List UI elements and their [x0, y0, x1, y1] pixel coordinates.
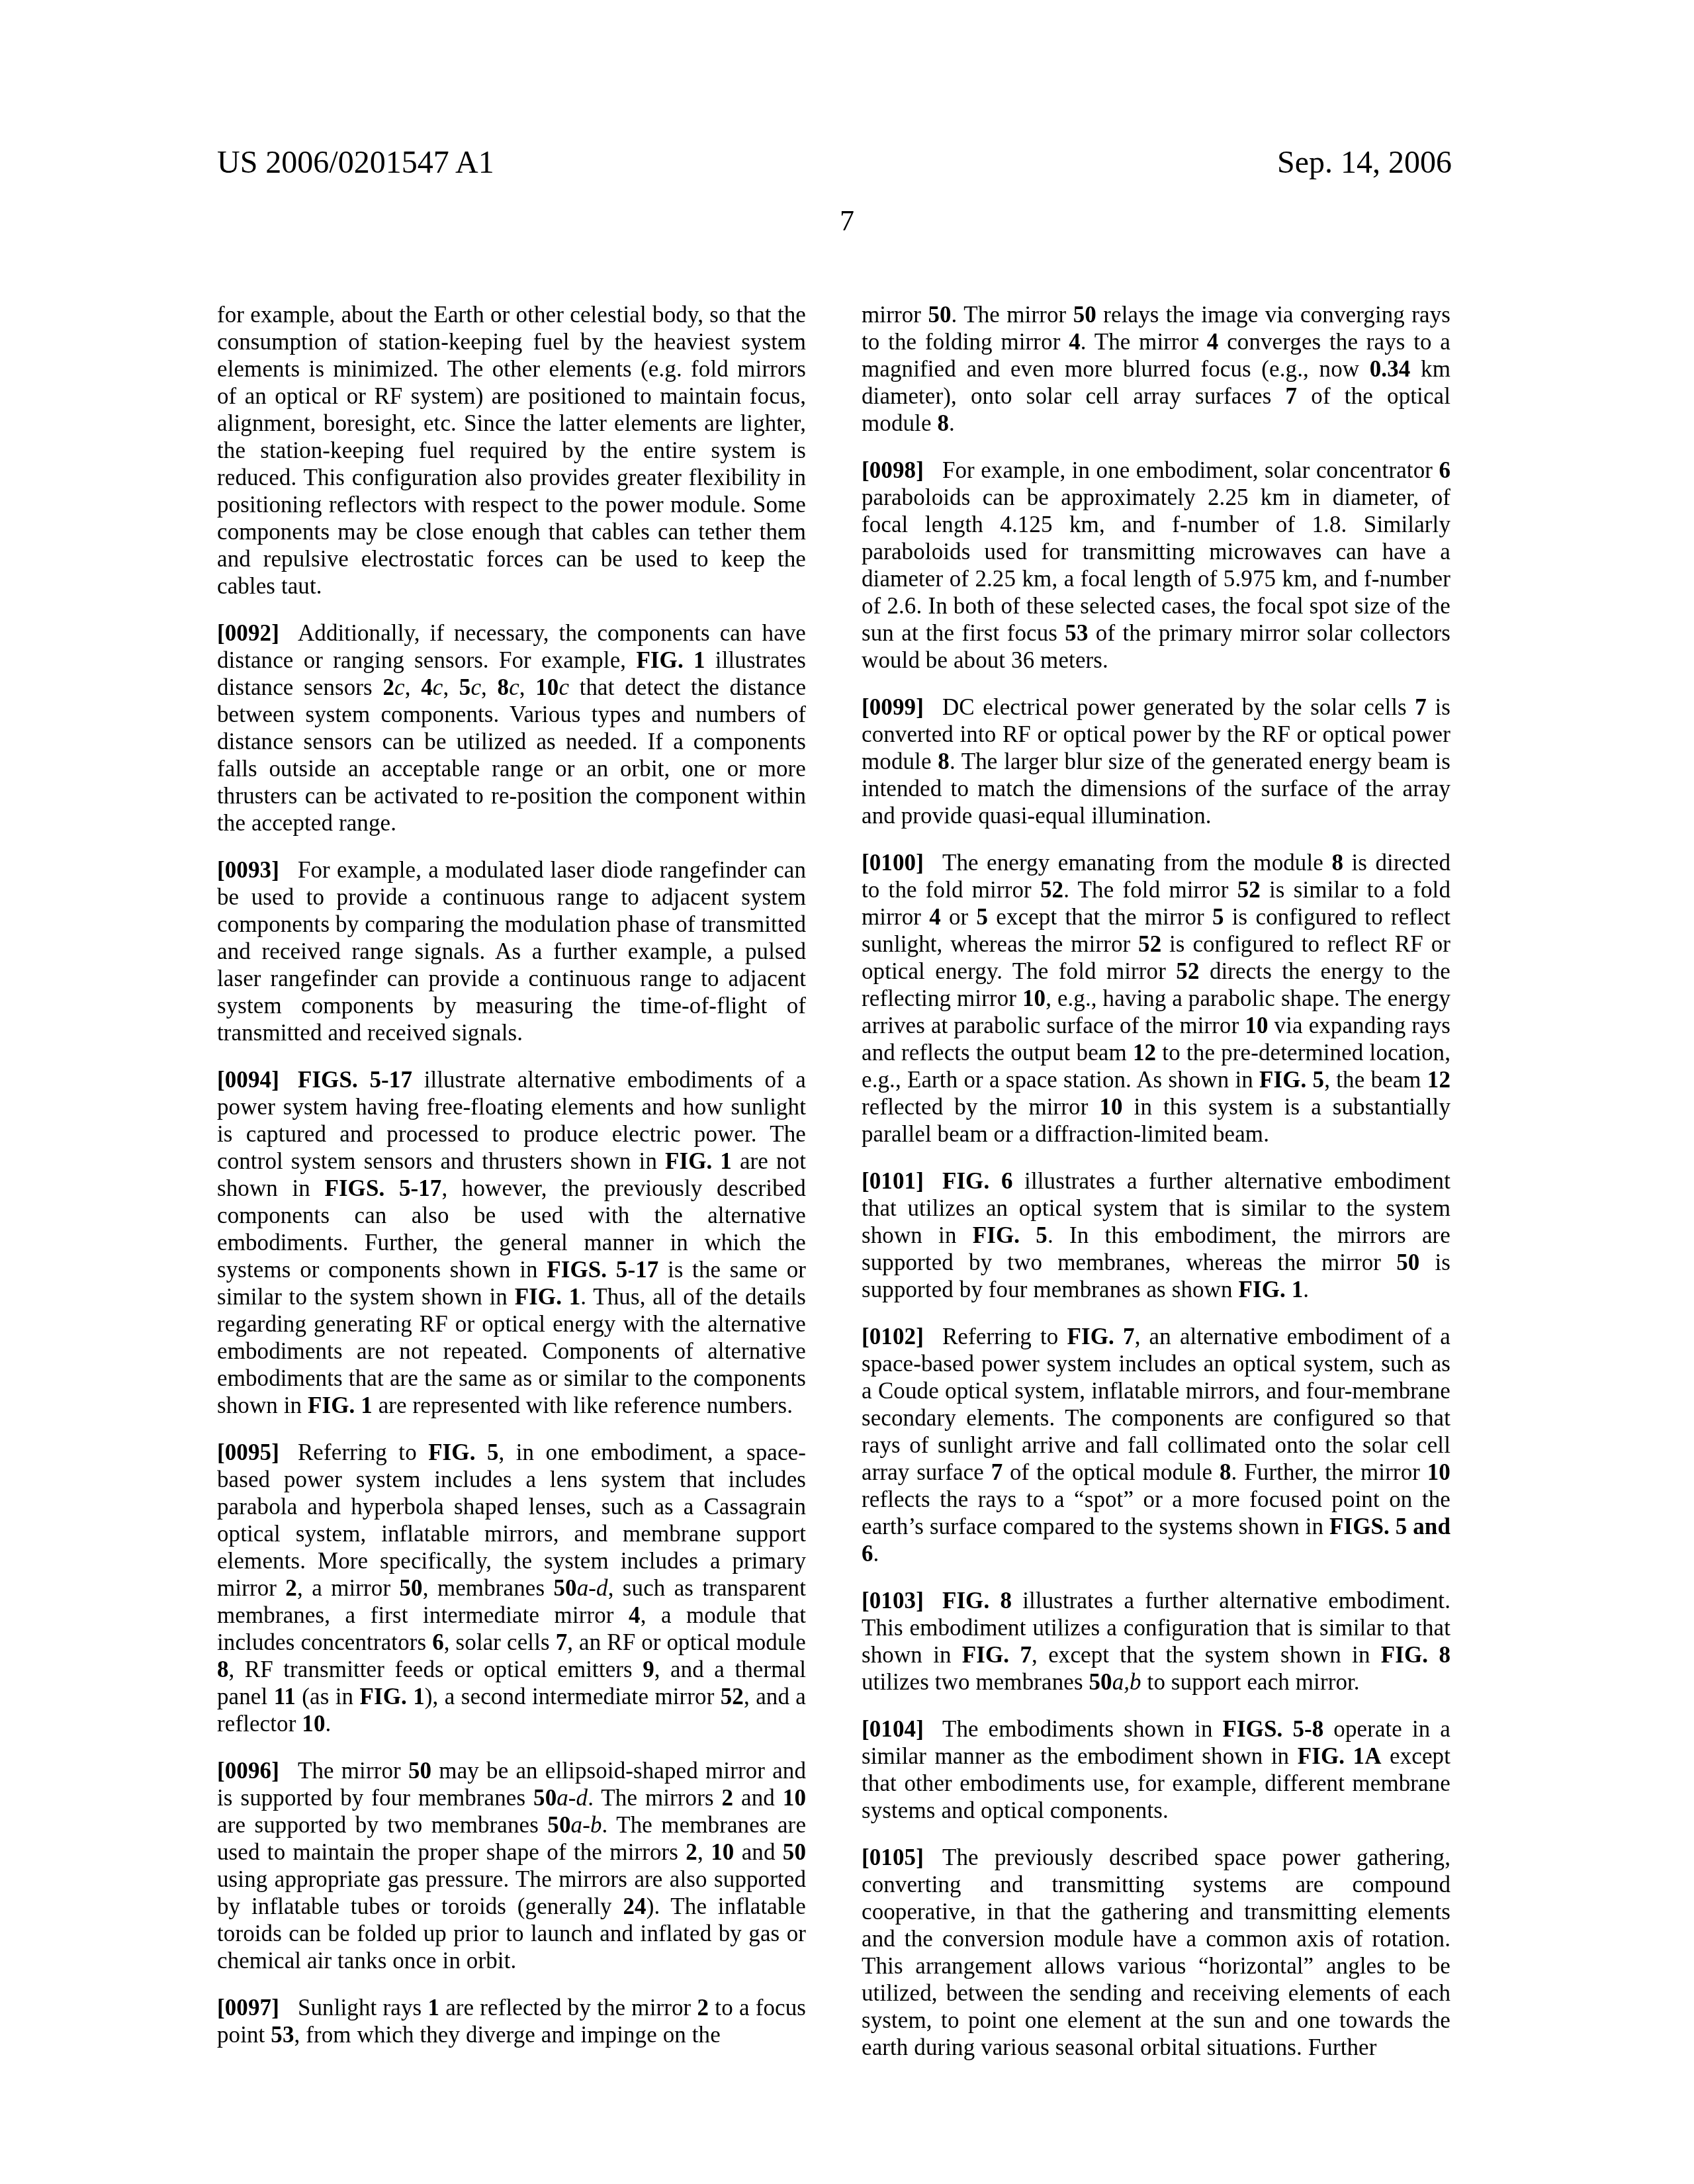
text-segment: c [433, 674, 443, 700]
paragraph-number: [0098] [862, 457, 942, 483]
text-segment: FIGS. 5-8 [1223, 1716, 1324, 1742]
text-segment: FIG. 1 [515, 1284, 581, 1310]
text-segment: For example, in one embodiment, solar co… [942, 457, 1439, 483]
text-segment: The mirror [298, 1758, 408, 1784]
text-segment: 7 [1415, 694, 1427, 720]
text-segment: of the optical module [1003, 1459, 1220, 1485]
text-segment: FIGS. 5-17 [547, 1257, 658, 1283]
text-segment: 1 [427, 1995, 439, 2021]
text-segment: . [325, 1711, 331, 1737]
text-segment: or [941, 904, 977, 930]
text-segment: 2 [697, 1995, 709, 2021]
text-segment: 50 [1396, 1250, 1419, 1275]
text-segment: are reflected by the mirror [439, 1995, 697, 2021]
text-segment: 6 [1439, 457, 1450, 483]
text-segment: mirror [862, 302, 928, 328]
text-segment: For example, a modulated laser diode ran… [217, 857, 806, 1046]
right-column: mirror 50. The mirror 50 relays the imag… [862, 301, 1450, 2081]
text-segment: ), a second intermediate mirror [425, 1684, 721, 1709]
text-segment: 10 [535, 674, 558, 700]
text-segment: a,b [1112, 1669, 1141, 1695]
text-segment: FIG. 7 [1067, 1324, 1135, 1349]
text-segment: , [519, 674, 535, 700]
paragraph-0095: [0095]Referring to FIG. 5, in one embodi… [217, 1439, 806, 1737]
text-segment: 10 [302, 1711, 325, 1737]
paragraph-0100: [0100]The energy emanating from the modu… [862, 849, 1450, 1148]
text-segment: FIG. 5 [973, 1222, 1048, 1248]
text-segment: 10 [1022, 985, 1046, 1011]
paragraph-number: [0099] [862, 694, 942, 720]
text-segment: 2 [382, 674, 394, 700]
paragraph-number: [0092] [217, 620, 298, 646]
text-segment: a-b [571, 1812, 602, 1838]
text-segment: 24 [623, 1893, 646, 1919]
text-segment: 10 [783, 1785, 806, 1811]
text-segment: 7 [1286, 383, 1298, 409]
text-segment: , the beam [1324, 1067, 1427, 1093]
text-segment: are supported by two membranes [217, 1812, 547, 1838]
text-segment: 4 [629, 1602, 641, 1628]
paragraph-0102: [0102]Referring to FIG. 7, an alternativ… [862, 1323, 1450, 1567]
text-segment: , from which they diverge and impinge on… [294, 2022, 721, 2048]
text-segment: 0.34 [1370, 356, 1411, 382]
paragraph-number: [0097] [217, 1995, 298, 2021]
text-segment: 10 [1245, 1013, 1268, 1038]
text-segment: 4 [421, 674, 433, 700]
text-segment: 8 [938, 749, 950, 774]
text-segment: 50 [783, 1839, 806, 1865]
text-segment: FIG. 5 [428, 1439, 498, 1465]
paragraph-continuation: mirror 50. The mirror 50 relays the imag… [862, 301, 1450, 437]
text-segment: FIG. 8 [942, 1588, 1012, 1614]
text-segment: FIG. 5 [1259, 1067, 1324, 1093]
text-segment: and [734, 1839, 782, 1865]
text-segment: The energy emanating from the module [942, 850, 1331, 876]
paragraph-number: [0100] [862, 850, 942, 876]
text-segment: to support each mirror. [1141, 1669, 1360, 1695]
text-segment: , RF transmitter feeds or optical emitte… [229, 1657, 643, 1682]
text-segment: 5 [459, 674, 471, 700]
text-segment: 50 [928, 302, 951, 328]
left-column: for example, about the Earth or other ce… [217, 301, 806, 2081]
text-segment: FIG. 8 [1381, 1642, 1450, 1668]
text-segment: , [481, 674, 497, 700]
text-segment: . The mirrors [588, 1785, 721, 1811]
text-segment: 2 [285, 1575, 297, 1601]
text-segment: c [509, 674, 519, 700]
text-segment: 10 [1427, 1459, 1450, 1485]
text-segment: . Further, the mirror [1231, 1459, 1427, 1485]
text-segment: 5 [977, 904, 989, 930]
text-segment: . [949, 410, 955, 436]
paragraph-continuation: for example, about the Earth or other ce… [217, 301, 806, 600]
patent-page: US 2006/0201547 A1 Sep. 14, 2006 7 for e… [0, 0, 1694, 2184]
paragraph-0093: [0093]For example, a modulated laser dio… [217, 856, 806, 1046]
paragraph-0098: [0098]For example, in one embodiment, so… [862, 457, 1450, 674]
text-segment: 10 [1099, 1094, 1122, 1120]
publication-date: Sep. 14, 2006 [1277, 147, 1452, 179]
text-segment: 52 [1040, 877, 1063, 903]
text-segment: FIG. 6 [942, 1168, 1013, 1194]
text-segment: , [443, 674, 459, 700]
text-segment: 50 [1089, 1669, 1112, 1695]
text-segment: . The larger blur size of the generated … [862, 749, 1450, 829]
text-segment: 4 [1207, 329, 1219, 355]
text-segment: FIGS. 5-17 [324, 1175, 441, 1201]
text-segment: a-d [557, 1785, 588, 1811]
text-segment: . The mirror [1081, 329, 1207, 355]
text-segment: , a mirror [297, 1575, 400, 1601]
text-segment: 8 [1331, 850, 1343, 876]
paragraph-0097: [0097]Sunlight rays 1 are reflected by t… [217, 1994, 806, 2048]
text-segment: 11 [274, 1684, 296, 1709]
paragraph-number: [0104] [862, 1716, 942, 1742]
text-segment: for example, about the Earth or other ce… [217, 302, 806, 599]
text-segment: 12 [1133, 1040, 1156, 1066]
text-segment: 50 [533, 1785, 557, 1811]
text-segment: FIG. 1 [1238, 1277, 1303, 1302]
text-segment: FIG. 1 [636, 647, 705, 673]
text-segment: 5 [1212, 904, 1224, 930]
text-segment: 50 [408, 1758, 431, 1784]
text-segment: 7 [991, 1459, 1003, 1485]
text-segment: 8 [217, 1657, 229, 1682]
text-segment: 9 [643, 1657, 654, 1682]
paragraph-number: [0095] [217, 1439, 298, 1465]
text-segment: FIG. 1 [665, 1148, 732, 1174]
text-segment: Referring to [942, 1324, 1067, 1349]
paragraph-number: [0096] [217, 1758, 298, 1784]
text-segment: FIG. 1 [360, 1684, 425, 1709]
text-segment: reflected by the mirror [862, 1094, 1099, 1120]
text-segment: , [697, 1839, 711, 1865]
text-segment: 53 [271, 2022, 294, 2048]
text-segment: 8 [937, 410, 949, 436]
paragraph-0101: [0101]FIG. 6 illustrates a further alter… [862, 1167, 1450, 1303]
text-segment: c [470, 674, 481, 700]
text-segment: c [394, 674, 405, 700]
document-body: for example, about the Earth or other ce… [217, 301, 1450, 2081]
paragraph-number: [0094] [217, 1067, 298, 1093]
text-segment: Sunlight rays [298, 1995, 427, 2021]
paragraph-0105: [0105]The previously described space pow… [862, 1844, 1450, 2061]
text-segment: 12 [1427, 1067, 1450, 1093]
text-segment: and [733, 1785, 783, 1811]
text-segment: . [1303, 1277, 1309, 1302]
text-segment: 50 [553, 1575, 576, 1601]
text-segment: 6 [432, 1629, 444, 1655]
text-segment: 8 [1220, 1459, 1231, 1485]
paragraph-number: [0093] [217, 857, 298, 883]
paragraph-0096: [0096]The mirror 50 may be an ellipsoid-… [217, 1757, 806, 1974]
text-segment: utilizes two membranes [862, 1669, 1089, 1695]
text-segment: are represented with like reference numb… [373, 1392, 793, 1418]
text-segment: 7 [556, 1629, 568, 1655]
text-segment: 4 [1069, 329, 1081, 355]
paragraph-number: [0101] [862, 1168, 942, 1194]
text-segment: The previously described space power gat… [862, 1844, 1450, 2060]
text-segment: DC electrical power generated by the sol… [942, 694, 1415, 720]
text-segment: c [558, 674, 569, 700]
paragraph-number: [0105] [862, 1844, 942, 1870]
text-segment: 52 [721, 1684, 744, 1709]
paragraph-0104: [0104]The embodiments shown in FIGS. 5-8… [862, 1715, 1450, 1824]
paragraph-0103: [0103]FIG. 8 illustrates a further alter… [862, 1587, 1450, 1696]
text-segment: 2 [686, 1839, 697, 1865]
text-segment: 50 [1073, 302, 1096, 328]
text-segment: a-d [577, 1575, 608, 1601]
page-number: 7 [0, 206, 1694, 236]
text-segment: 2 [722, 1785, 734, 1811]
paragraph-number: [0103] [862, 1588, 942, 1614]
text-segment: except that the mirror [988, 904, 1212, 930]
paragraph-0094: [0094]FIGS. 5-17 illustrate alternative … [217, 1066, 806, 1419]
text-segment: FIGS. 5-17 [298, 1067, 412, 1093]
text-segment: The embodiments shown in [942, 1716, 1223, 1742]
text-segment: 4 [929, 904, 941, 930]
text-segment: 52 [1138, 931, 1161, 957]
text-segment: FIG. 1 [308, 1392, 373, 1418]
paragraph-0092: [0092]Additionally, if necessary, the co… [217, 619, 806, 837]
text-segment: 50 [547, 1812, 570, 1838]
text-segment: 52 [1237, 877, 1261, 903]
page-header: US 2006/0201547 A1 Sep. 14, 2006 [217, 147, 1452, 179]
paragraph-number: [0102] [862, 1324, 942, 1349]
text-segment: 52 [1176, 958, 1199, 984]
text-segment: Referring to [298, 1439, 428, 1465]
text-segment: , [405, 674, 421, 700]
text-segment: , solar cells [444, 1629, 556, 1655]
patent-number: US 2006/0201547 A1 [217, 147, 494, 179]
text-segment: . [873, 1541, 879, 1567]
text-segment: . The mirror [952, 302, 1073, 328]
text-segment: 8 [498, 674, 510, 700]
paragraph-0099: [0099]DC electrical power generated by t… [862, 694, 1450, 829]
text-segment: (as in [296, 1684, 360, 1709]
text-segment: . The fold mirror [1063, 877, 1237, 903]
text-segment: FIG. 1A [1298, 1743, 1382, 1769]
text-segment: , except that the system shown in [1032, 1642, 1381, 1668]
text-segment: 50 [399, 1575, 422, 1601]
text-segment: FIG. 7 [962, 1642, 1032, 1668]
text-segment: 10 [711, 1839, 734, 1865]
text-segment: , an RF or optical module [567, 1629, 806, 1655]
text-segment: , membranes [423, 1575, 554, 1601]
text-segment: 53 [1065, 620, 1088, 646]
